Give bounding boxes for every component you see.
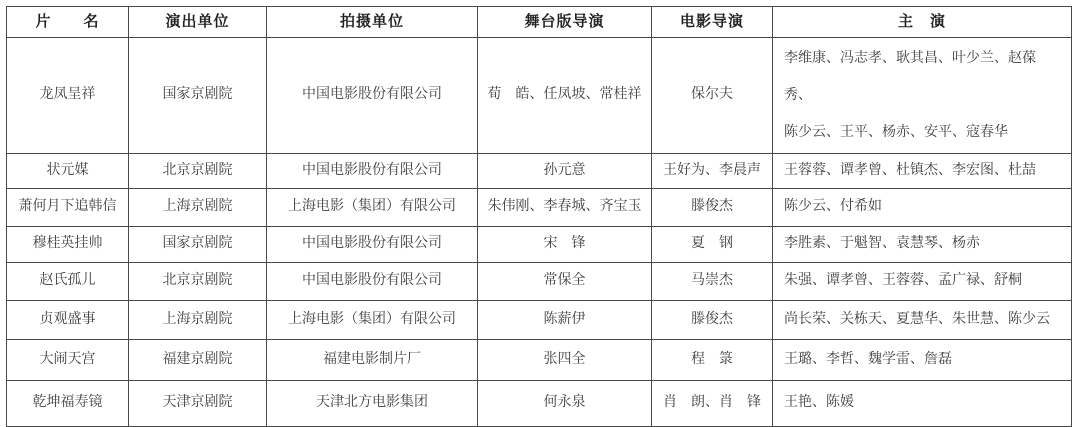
lead-cast-cell: 李胜素、于魁智、袁慧琴、杨赤 — [773, 227, 1072, 263]
production-unit-cell: 中国电影股份有限公司 — [267, 154, 478, 189]
film-title-cell: 状元媒 — [7, 154, 129, 189]
performance-unit-cell: 北京京剧院 — [129, 154, 267, 189]
stage-director-cell: 陈薪伊 — [478, 301, 652, 340]
production-unit-cell: 中国电影股份有限公司 — [267, 227, 478, 263]
film-director-cell: 肖 朗、肖 锋 — [652, 381, 773, 393]
film-director-cell: 保尔夫 — [652, 38, 773, 154]
production-unit-cell: 上海电影（集团）有限公司 — [267, 189, 478, 227]
stage-director-cell: 宋 锋 — [478, 227, 652, 263]
lead-cast-cell: 陈少云、付希如 — [773, 189, 1072, 227]
table-row: 龙凤呈祥 国家京剧院 中国电影股份有限公司 荀 皓、任凤坡、常桂祥 保尔夫 李维… — [7, 38, 1072, 154]
column-header-film-title: 片 名 — [7, 7, 129, 38]
stage-director-cell: 何永泉 — [478, 381, 652, 393]
performance-unit-cell: 上海京剧院 — [129, 189, 267, 227]
performance-unit-cell: 天津京剧院 — [129, 381, 267, 393]
lead-cast-cell: 王艳、陈媛 — [773, 381, 1072, 393]
production-unit-cell: 中国电影股份有限公司 — [267, 263, 478, 301]
performance-unit-cell: 上海京剧院 — [129, 301, 267, 340]
table-row: 状元媒 北京京剧院 中国电影股份有限公司 孙元意 王好为、李晨声 王蓉蓉、谭孝曾… — [7, 154, 1072, 189]
stage-director-cell: 荀 皓、任凤坡、常桂祥 — [478, 38, 652, 154]
performance-unit-cell: 福建京剧院 — [129, 340, 267, 381]
film-title-cell: 大闹天宫 — [7, 340, 129, 381]
stage-director-cell: 朱伟刚、李春城、齐宝玉 — [478, 189, 652, 227]
stage-director-cell: 张四全 — [478, 340, 652, 381]
production-unit-cell: 天津北方电影集团 — [267, 381, 478, 393]
stage-director-cell: 常保全 — [478, 263, 652, 301]
production-unit-cell: 上海电影（集团）有限公司 — [267, 301, 478, 340]
film-director-cell: 程 箓 — [652, 340, 773, 381]
column-header-stage-director: 舞台版导演 — [478, 7, 652, 38]
film-director-cell: 夏 钢 — [652, 227, 773, 263]
production-unit-cell: 福建电影制片厂 — [267, 340, 478, 381]
table-row: 赵氏孤儿 北京京剧院 中国电影股份有限公司 常保全 马崇杰 朱强、谭孝曾、王蓉蓉… — [7, 263, 1072, 301]
film-title-cell: 萧何月下追韩信 — [7, 189, 129, 227]
header-row: 片 名 演出单位 拍摄单位 舞台版导演 电影导演 主 演 — [7, 7, 1072, 38]
lead-cast-cell: 尚长荣、关栋天、夏慧华、朱世慧、陈少云 — [773, 301, 1072, 340]
column-header-film-director: 电影导演 — [652, 7, 773, 38]
performance-unit-cell: 国家京剧院 — [129, 227, 267, 263]
production-unit-cell: 中国电影股份有限公司 — [267, 38, 478, 154]
lead-cast-cell: 王蓉蓉、谭孝曾、杜镇杰、李宏图、杜喆 — [773, 154, 1072, 189]
table-row: 大闹天宫 福建京剧院 福建电影制片厂 张四全 程 箓 王璐、李哲、魏学雷、詹磊 — [7, 340, 1072, 381]
column-header-performance-unit: 演出单位 — [129, 7, 267, 38]
stage-director-cell: 孙元意 — [478, 154, 652, 189]
film-director-cell: 滕俊杰 — [652, 189, 773, 227]
opera-film-table: 片 名 演出单位 拍摄单位 舞台版导演 电影导演 主 演 龙凤呈祥 国家京剧院 … — [6, 6, 1072, 392]
film-director-cell: 滕俊杰 — [652, 301, 773, 340]
column-header-lead-cast: 主 演 — [773, 7, 1072, 38]
film-title-cell: 龙凤呈祥 — [7, 38, 129, 154]
film-title-cell: 穆桂英挂帅 — [7, 227, 129, 263]
table-row: 贞观盛事 上海京剧院 上海电影（集团）有限公司 陈薪伊 滕俊杰 尚长荣、关栋天、… — [7, 301, 1072, 340]
table-row: 穆桂英挂帅 国家京剧院 中国电影股份有限公司 宋 锋 夏 钢 李胜素、于魁智、袁… — [7, 227, 1072, 263]
lead-cast-cell: 朱强、谭孝曾、王蓉蓉、孟广禄、舒桐 — [773, 263, 1072, 301]
lead-cast-cell: 王璐、李哲、魏学雷、詹磊 — [773, 340, 1072, 381]
film-title-cell: 贞观盛事 — [7, 301, 129, 340]
column-header-production-unit: 拍摄单位 — [267, 7, 478, 38]
film-title-cell: 乾坤福寿镜 — [7, 381, 129, 393]
table-row: 萧何月下追韩信 上海京剧院 上海电影（集团）有限公司 朱伟刚、李春城、齐宝玉 滕… — [7, 189, 1072, 227]
table-row: 乾坤福寿镜 天津京剧院 天津北方电影集团 何永泉 肖 朗、肖 锋 王艳、陈媛 — [7, 381, 1072, 393]
performance-unit-cell: 国家京剧院 — [129, 38, 267, 154]
film-director-cell: 王好为、李晨声 — [652, 154, 773, 189]
film-director-cell: 马崇杰 — [652, 263, 773, 301]
performance-unit-cell: 北京京剧院 — [129, 263, 267, 301]
film-title-cell: 赵氏孤儿 — [7, 263, 129, 301]
lead-cast-cell: 李维康、冯志孝、耿其昌、叶少兰、赵葆秀、 陈少云、王平、杨赤、安平、寇春华 — [773, 38, 1072, 154]
